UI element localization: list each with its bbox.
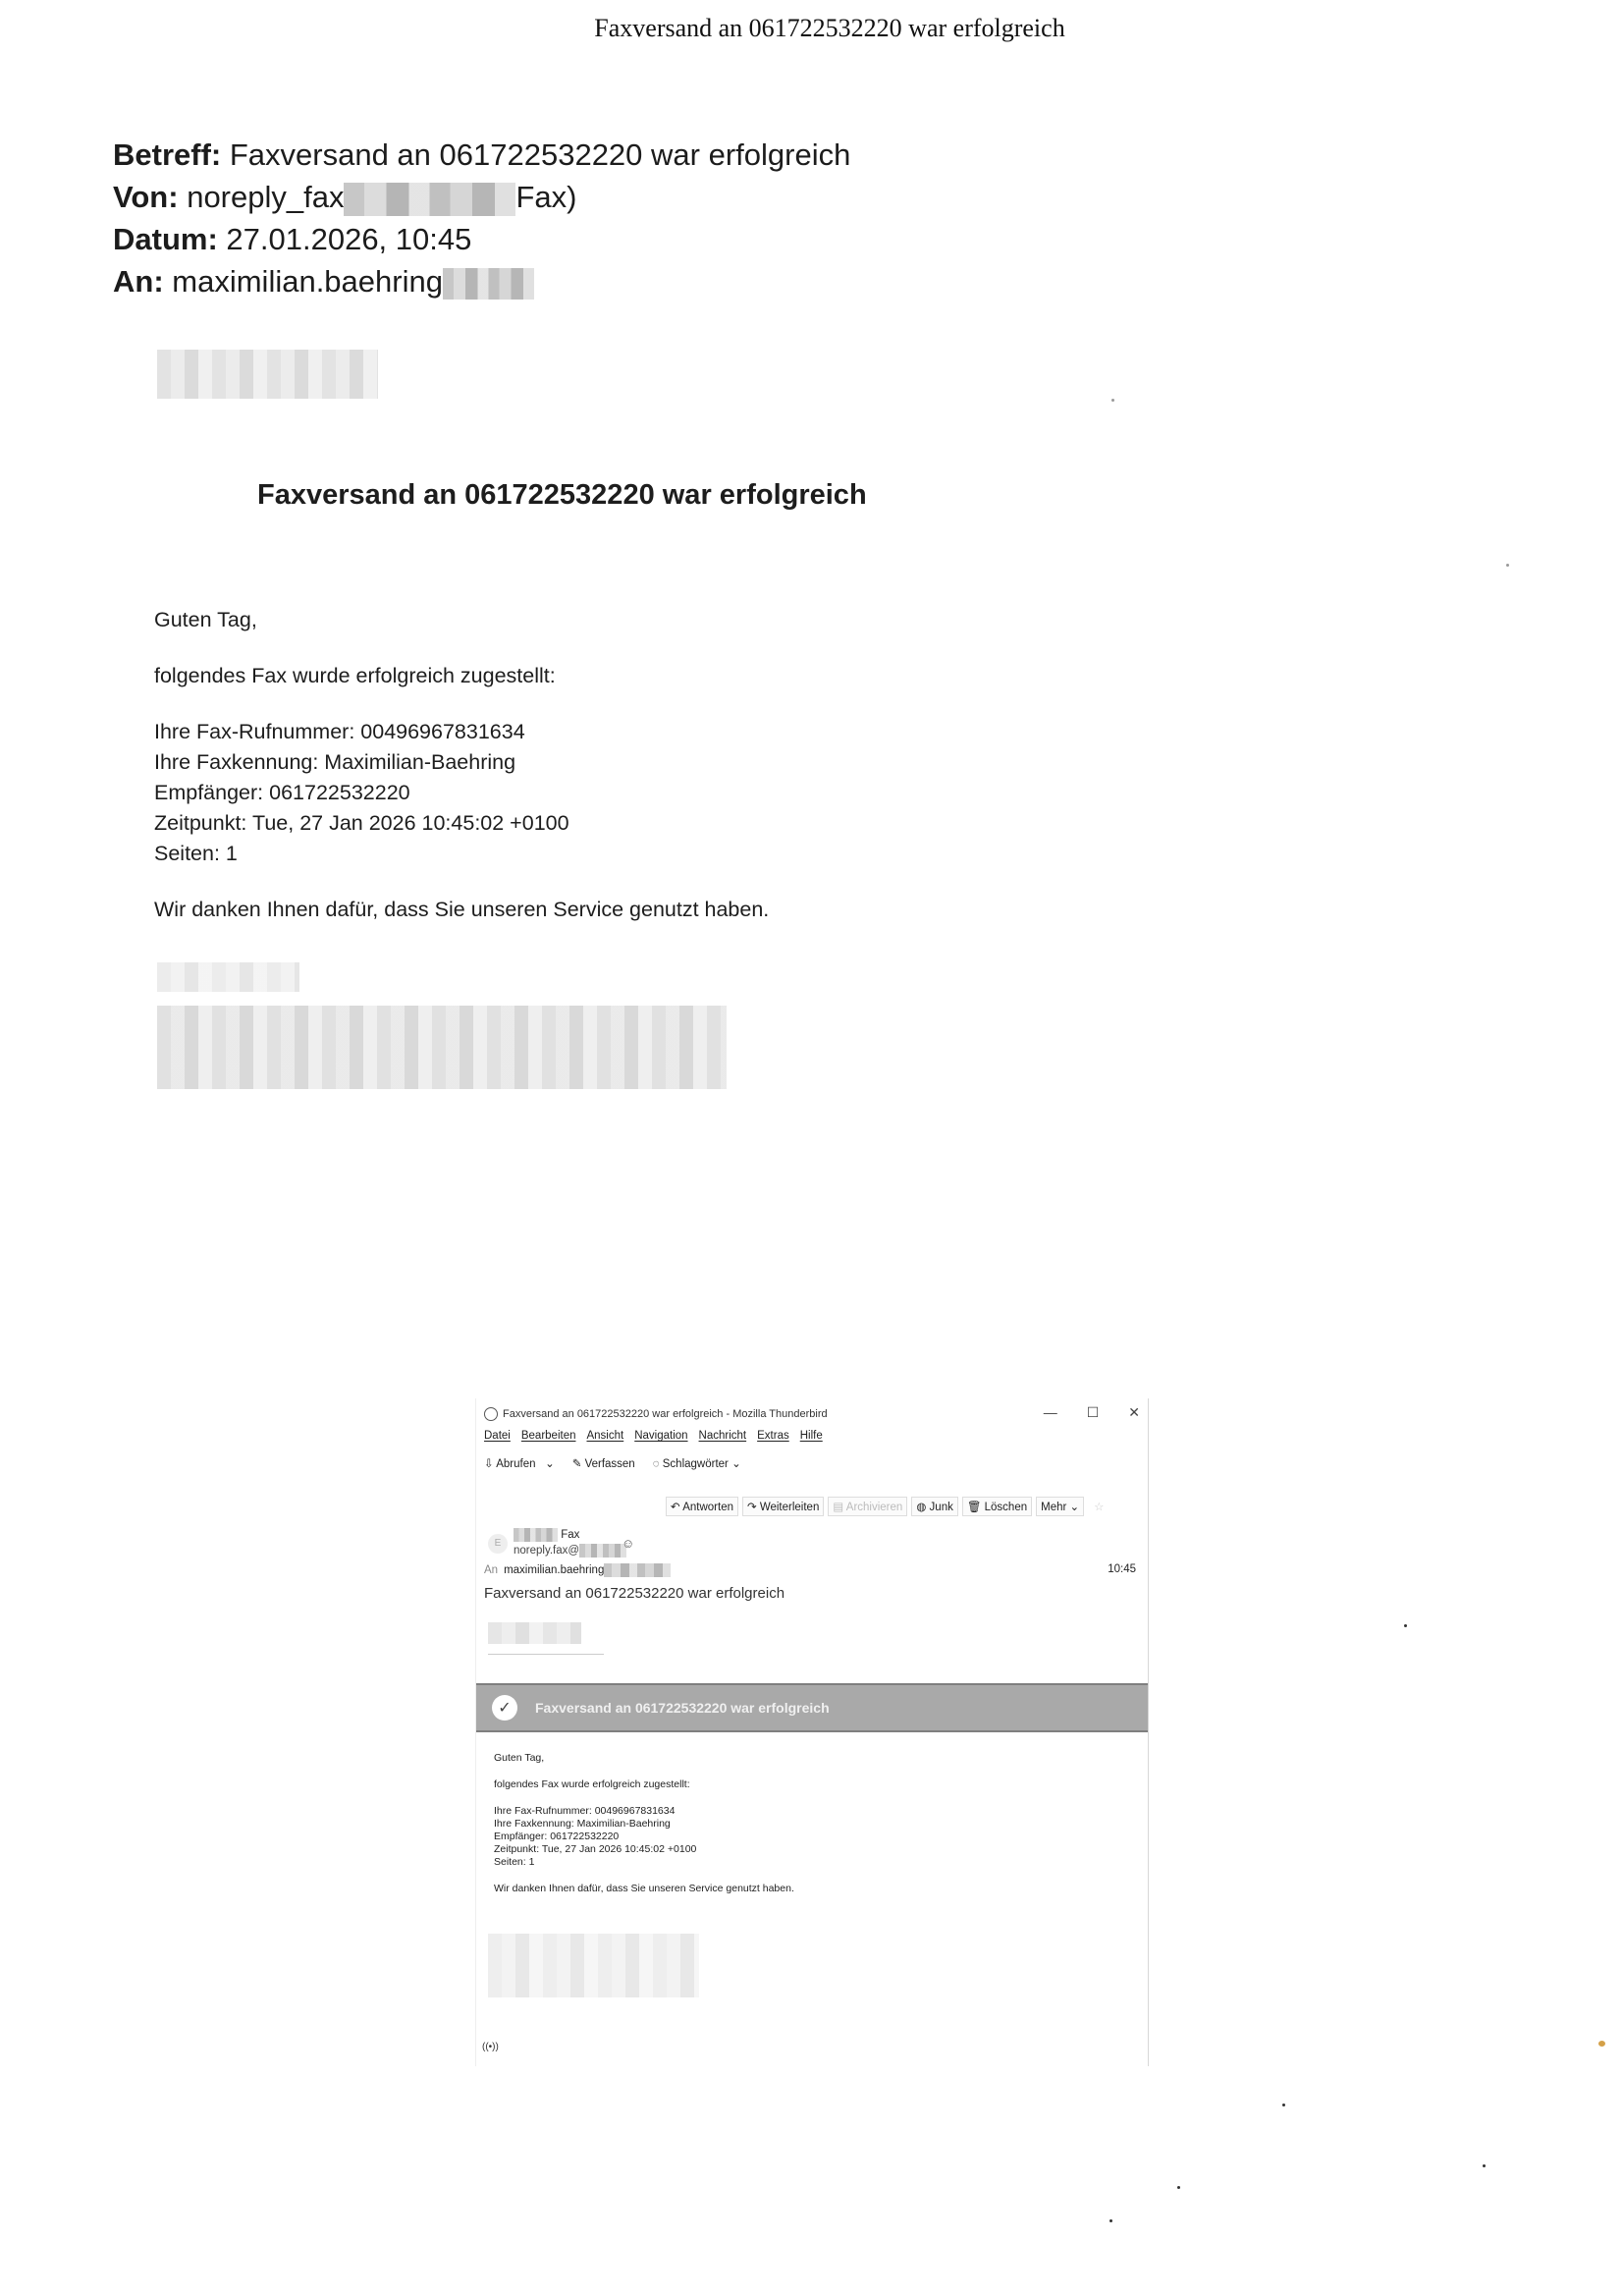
detail-line: Ihre Faxkennung: Maximilian-Baehring (494, 1818, 794, 1831)
detail-line: Ihre Fax-Rufnummer: 00496967831634 (494, 1805, 794, 1818)
detail-line: Empfänger: 061722532220 (154, 778, 769, 808)
to-row: An: maximilian.baehring (113, 260, 850, 302)
scan-speck (1111, 399, 1114, 402)
from-label: Von: (113, 180, 179, 214)
tag-icon: ◌ (653, 1458, 663, 1470)
greeting: Guten Tag, (154, 605, 769, 635)
to-value: maximilian.baehring (504, 1564, 604, 1576)
redacted-block (604, 1563, 671, 1577)
window-title: Faxversand an 061722532220 war erfolgrei… (503, 1408, 828, 1420)
message-subject: Faxversand an 061722532220 war erfolgrei… (484, 1585, 784, 1602)
date-label: Datum: (113, 222, 218, 256)
menu-bar: Datei Bearbeiten Ansicht Navigation Nach… (484, 1430, 823, 1442)
scan-speck (1404, 1624, 1407, 1627)
scan-speck (1282, 2104, 1285, 2106)
reply-button[interactable]: ↶ Antworten (666, 1497, 738, 1516)
scan-speck (1483, 2164, 1486, 2167)
date-row: Datum: 27.01.2026, 10:45 (113, 218, 850, 260)
scan-speck (1109, 2219, 1112, 2222)
redacted-block (443, 268, 534, 300)
chevron-down-icon[interactable]: ⌄ (539, 1458, 555, 1470)
detail-line: Empfänger: 061722532220 (494, 1831, 794, 1843)
avatar: E (488, 1534, 508, 1554)
menu-extras[interactable]: Extras (757, 1430, 789, 1442)
scan-speck (1598, 2041, 1605, 2047)
intro: folgendes Fax wurde erfolgreich zugestel… (494, 1778, 794, 1791)
page-title: Faxversand an 061722532220 war erfolgrei… (0, 14, 1623, 43)
detail-line: Seiten: 1 (154, 839, 769, 869)
minimize-button[interactable]: — (1044, 1404, 1057, 1421)
banner-text: Faxversand an 061722532220 war erfolgrei… (535, 1700, 830, 1716)
menu-hilfe[interactable]: Hilfe (800, 1430, 823, 1442)
detail-line: Seiten: 1 (494, 1856, 794, 1869)
success-banner: ✓ Faxversand an 061722532220 war erfolgr… (476, 1683, 1148, 1732)
message-actions: ↶ Antworten ↷ Weiterleiten ▤ Archivieren… (666, 1497, 1104, 1516)
message-time: 10:45 (1108, 1563, 1136, 1575)
subject-value: Faxversand an 061722532220 war erfolgrei… (230, 137, 850, 172)
intro: folgendes Fax wurde erfolgreich zugestel… (154, 661, 769, 691)
download-icon: ⇩ (484, 1458, 496, 1470)
subject-label: Betreff: (113, 137, 221, 172)
closing: Wir danken Ihnen dafür, dass Sie unseren… (494, 1883, 794, 1895)
detail-line: Zeitpunkt: Tue, 27 Jan 2026 10:45:02 +01… (494, 1843, 794, 1856)
tags-button[interactable]: ◌ Schlagwörter ⌄ (653, 1456, 741, 1470)
menu-nachricht[interactable]: Nachricht (699, 1430, 747, 1442)
sender-name: Fax (514, 1528, 579, 1542)
delete-button[interactable]: 🗑 Löschen (962, 1497, 1032, 1516)
menu-navigation[interactable]: Navigation (634, 1430, 687, 1442)
menu-ansicht[interactable]: Ansicht (586, 1430, 623, 1442)
chevron-down-icon: ⌄ (1070, 1502, 1080, 1513)
compose-button[interactable]: ✎ Verfassen (572, 1456, 635, 1470)
message-body: Guten Tag, folgendes Fax wurde erfolgrei… (154, 605, 769, 925)
from-value-prefix: noreply_fax (187, 180, 344, 214)
divider (488, 1654, 604, 1655)
message-body-preview: Guten Tag, folgendes Fax wurde erfolgrei… (494, 1752, 794, 1895)
pencil-icon: ✎ (572, 1458, 585, 1470)
scan-speck (1177, 2186, 1180, 2189)
from-value-suffix: Fax) (515, 180, 576, 214)
add-contact-icon[interactable]: ☺ (622, 1536, 634, 1551)
scan-speck (1506, 564, 1509, 567)
greeting: Guten Tag, (494, 1752, 794, 1765)
archive-button[interactable]: ▤ Archivieren (828, 1497, 907, 1516)
more-button[interactable]: Mehr ⌄ (1036, 1497, 1084, 1516)
reply-icon: ↶ (671, 1502, 682, 1513)
star-icon[interactable]: ☆ (1094, 1500, 1104, 1513)
closing: Wir danken Ihnen dafür, dass Sie unseren… (154, 895, 769, 925)
junk-icon: ◍ (916, 1502, 929, 1513)
redacted-signature (488, 1934, 699, 1997)
redacted-logo (488, 1622, 581, 1644)
junk-button[interactable]: ◍ Junk (911, 1497, 958, 1516)
window-controls: — ☐ ✕ (1044, 1404, 1140, 1421)
get-mail-button[interactable]: ⇩ Abrufen ⌄ (484, 1456, 555, 1470)
detail-line: Ihre Faxkennung: Maximilian-Baehring (154, 747, 769, 778)
subject-row: Betreff: Faxversand an 061722532220 war … (113, 134, 850, 176)
redacted-signature-name (157, 962, 299, 992)
archive-icon: ▤ (833, 1502, 845, 1513)
trash-icon: 🗑 (967, 1502, 985, 1513)
message-title: Faxversand an 061722532220 war erfolgrei… (257, 479, 867, 512)
thunderbird-icon (484, 1407, 498, 1421)
checkmark-icon: ✓ (492, 1695, 517, 1721)
forward-icon: ↷ (747, 1502, 760, 1513)
window-titlebar: Faxversand an 061722532220 war erfolgrei… (484, 1404, 1140, 1424)
date-value: 27.01.2026, 10:45 (226, 222, 471, 256)
to-label: An: (113, 264, 164, 299)
to-label: An (484, 1564, 498, 1576)
sender-address: noreply.fax@ (514, 1544, 626, 1558)
menu-datei[interactable]: Datei (484, 1430, 511, 1442)
from-row: Von: noreply_faxFax) (113, 176, 850, 218)
close-button[interactable]: ✕ (1128, 1404, 1140, 1421)
detail-line: Ihre Fax-Rufnummer: 00496967831634 (154, 717, 769, 747)
chevron-down-icon: ⌄ (731, 1458, 741, 1470)
redacted-block (344, 183, 515, 216)
redacted-signature (157, 1006, 727, 1089)
to-value-prefix: maximilian.baehring (172, 264, 443, 299)
maximize-button[interactable]: ☐ (1087, 1404, 1100, 1421)
recipient-line: Anmaximilian.baehring (484, 1563, 671, 1577)
forward-button[interactable]: ↷ Weiterleiten (742, 1497, 824, 1516)
connection-status-icon: ((•)) (482, 2042, 499, 2052)
menu-bearbeiten[interactable]: Bearbeiten (521, 1430, 576, 1442)
redacted-logo (157, 350, 378, 399)
detail-line: Zeitpunkt: Tue, 27 Jan 2026 10:45:02 +01… (154, 808, 769, 839)
email-headers: Betreff: Faxversand an 061722532220 war … (113, 134, 850, 302)
main-toolbar: ⇩ Abrufen ⌄ ✎ Verfassen ◌ Schlagwörter ⌄ (484, 1456, 741, 1470)
thunderbird-window: Faxversand an 061722532220 war erfolgrei… (475, 1398, 1149, 2066)
